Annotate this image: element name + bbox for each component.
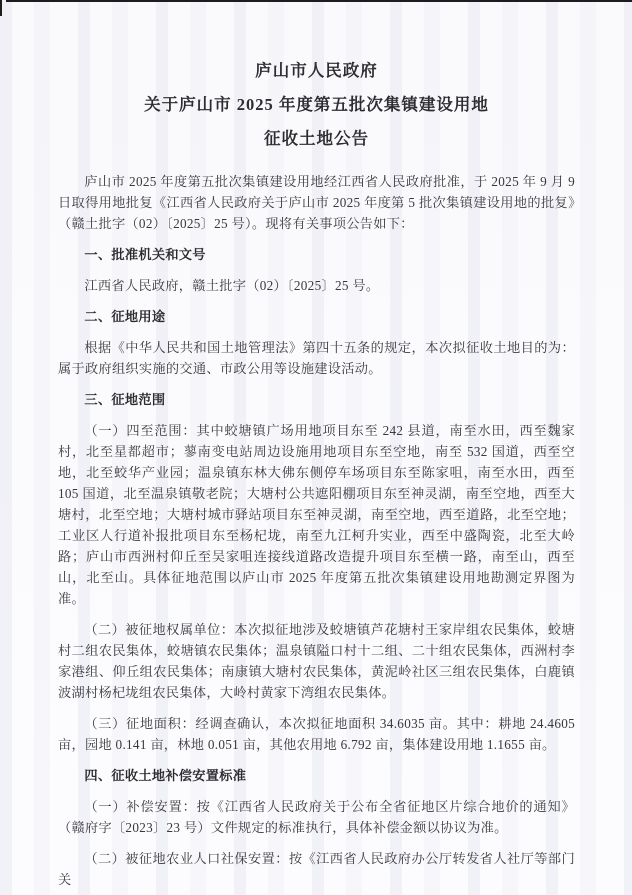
section-heading: 二、征地用途 — [58, 306, 575, 327]
section-heading: 四、征收土地补偿安置标准 — [58, 765, 575, 786]
paragraph: （一）补偿安置：按《江西省人民政府关于公布全省征地区片综合地价的通知》（赣府字〔… — [58, 796, 575, 838]
scan-top-edge-line — [6, 0, 632, 2]
section-heading: 一、批准机关和文号 — [58, 244, 575, 265]
title-line-type: 征收土地公告 — [58, 122, 575, 156]
paragraph: 庐山市 2025 年度第五批次集镇建设用地经江西省人民政府批准，于 2025 年… — [58, 171, 575, 234]
title-line-issuer: 庐山市人民政府 — [58, 54, 575, 88]
paragraph: （一）四至范围：其中蛟塘镇广场用地项目东至 242 县道，南至水田，西至魏家村，… — [58, 420, 575, 609]
paragraph: （二）被征地农业人口社保安置：按《江西省人民政府办公厅转发省人社厅等部门关 — [58, 848, 575, 890]
title-line-subject: 关于庐山市 2025 年度第五批次集镇建设用地 — [58, 88, 575, 122]
section-heading: 三、征地范围 — [58, 389, 575, 410]
paragraph: 根据《中华人民共和国土地管理法》第四十五条的规定，本次拟征收土地目的为：属于政府… — [58, 337, 575, 379]
paragraph: 江西省人民政府，赣土批字（02）〔2025〕25 号。 — [58, 275, 575, 296]
doc-body: 庐山市 2025 年度第五批次集镇建设用地经江西省人民政府批准，于 2025 年… — [58, 171, 575, 890]
document-content: 庐山市人民政府 关于庐山市 2025 年度第五批次集镇建设用地 征收土地公告 庐… — [58, 54, 575, 895]
document-title: 庐山市人民政府 关于庐山市 2025 年度第五批次集镇建设用地 征收土地公告 — [58, 54, 575, 156]
paragraph: （三）征地面积：经调查确认，本次拟征地面积 34.6035 亩。其中：耕地 24… — [58, 713, 575, 755]
scan-left-edge-mark — [0, 0, 2, 16]
paragraph: （二）被征地权属单位：本次拟征地涉及蛟塘镇芦花塘村王家岸组农民集体，蛟塘村二组农… — [58, 619, 575, 703]
scanned-document-page: 庐山市人民政府 关于庐山市 2025 年度第五批次集镇建设用地 征收土地公告 庐… — [0, 0, 632, 895]
